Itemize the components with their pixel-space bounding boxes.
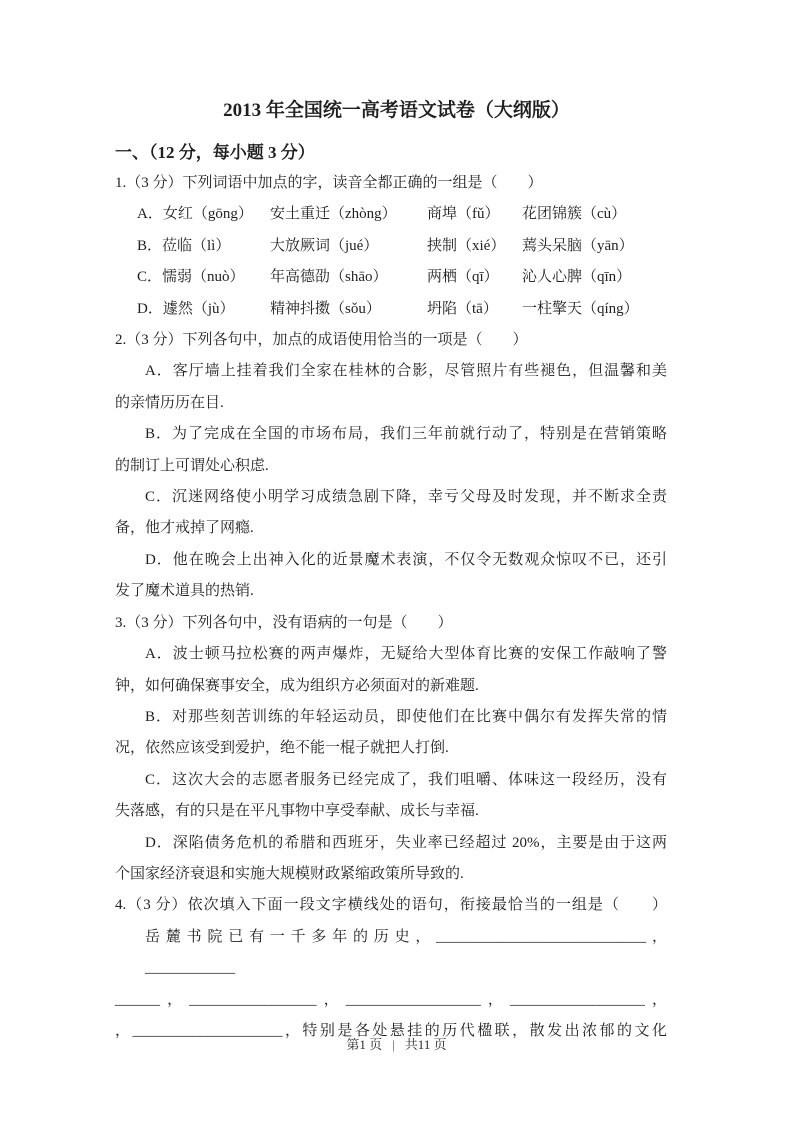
page-footer: 第1 页|共11 页 [0, 1036, 793, 1054]
question-3-stem: 3.（3 分）下列各句中，没有语病的一句是（ ） [115, 608, 667, 639]
option-cell: C．懦弱（nuò） [137, 262, 270, 293]
exam-content: 一、（12 分，每小题 3 分） 1.（3 分）下列词语中加点的字，读音全都正确… [115, 140, 667, 1047]
option-cell: B．莅临（lì） [137, 231, 270, 262]
page-number: 第1 页 [346, 1037, 382, 1052]
option-cell: 精神抖擞（sǒu） [270, 294, 427, 325]
option-cell: 商埠（fǔ） [427, 199, 522, 230]
question-3-option-c-line-1: C．这次大会的志愿者服务已经完成了，我们咀嚼、体味这一段经历，没有 [115, 765, 667, 796]
page-total: 共11 页 [405, 1037, 447, 1052]
question-2-option-a-line-1: A．客厅墙上挂着我们全家在桂林的合影，尽管照片有些褪色，但温馨和美 [115, 356, 667, 387]
question-3-option-b-line-1: B．对那些刻苦训练的年轻运动员，即使他们在比赛中偶尔有发挥失常的情 [115, 702, 667, 733]
option-cell: 两栖（qī） [427, 262, 522, 293]
question-1-stem: 1.（3 分）下列词语中加点的字，读音全都正确的一组是（ ） [115, 168, 667, 199]
question-2-option-b-line-1: B．为了完成在全国的市场布局，我们三年前就行动了，特别是在营销策略 [115, 419, 667, 450]
question-2-option-d-line-1: D．他在晚会上出神入化的近景魔术表演，不仅令无数观众惊叹不已，还引 [115, 545, 667, 576]
option-cell: D．遽然（jù） [137, 294, 270, 325]
page-title: 2013 年全国统一高考语文试卷（大纲版） [0, 98, 793, 124]
question-2-option-c-line-1: C．沉迷网络使小明学习成绩急剧下降，幸亏父母及时发现，并不断求全责 [115, 482, 667, 513]
exam-paper-page: 2013 年全国统一高考语文试卷（大纲版） 一、（12 分，每小题 3 分） 1… [0, 0, 793, 1122]
page-separator: | [392, 1037, 395, 1052]
question-2-option-d-line-2: 发了魔术道具的热销. [115, 576, 667, 607]
question-2-stem: 2.（3 分）下列各句中，加点的成语使用恰当的一项是（ ） [115, 325, 667, 356]
option-cell: 安土重迁（zhòng） [270, 199, 427, 230]
option-cell: 蔫头呆脑（yān） [522, 231, 667, 262]
question-1-option-a: A．女红（gōng） 安土重迁（zhòng） 商埠（fǔ） 花团锦簇（cù） [115, 199, 667, 230]
option-cell: 坍陷（tā） [427, 294, 522, 325]
question-1-option-b: B．莅临（lì） 大放厥词（jué） 挟制（xié） 蔫头呆脑（yān） [115, 231, 667, 262]
question-2-option-c-line-2: 备，他才戒掉了网瘾. [115, 513, 667, 544]
question-2-option-b-line-2: 的制订上可谓处心积虑. [115, 451, 667, 482]
question-4-passage-line-1: 岳麓书院已有一千多年的历史，__________________________… [115, 922, 667, 985]
question-1-option-d: D．遽然（jù） 精神抖擞（sǒu） 坍陷（tā） 一柱擎天（qíng） [115, 294, 667, 325]
question-3-option-a-line-2: 钟，如何确保赛事安全，成为组织方必须面对的新难题. [115, 671, 667, 702]
question-3-option-a-line-1: A．波士顿马拉松赛的两声爆炸，无疑给大型体育比赛的安保工作敲响了警 [115, 639, 667, 670]
question-2-option-a-line-2: 的亲情历历在目. [115, 388, 667, 419]
option-cell: A．女红（gōng） [137, 199, 270, 230]
section-heading: 一、（12 分，每小题 3 分） [115, 140, 667, 166]
option-cell: 年高德劭（shāo） [270, 262, 427, 293]
option-cell: 一柱擎天（qíng） [522, 294, 667, 325]
question-4-passage-line-2: ______，_________________，_______________… [115, 985, 667, 1016]
option-cell: 沁人心脾（qīn） [522, 262, 667, 293]
question-3-option-d-line-1: D．深陷债务危机的希腊和西班牙，失业率已经超过 20%，主要是由于这两 [115, 828, 667, 859]
question-1-option-c: C．懦弱（nuò） 年高德劭（shāo） 两栖（qī） 沁人心脾（qīn） [115, 262, 667, 293]
option-cell: 花团锦簇（cù） [522, 199, 667, 230]
question-3-option-d-line-2: 个国家经济衰退和实施大规模财政紧缩政策所导致的. [115, 859, 667, 890]
question-3-option-b-line-2: 况，依然应该受到爱护，绝不能一棍子就把人打倒. [115, 733, 667, 764]
option-cell: 挟制（xié） [427, 231, 522, 262]
option-cell: 大放厥词（jué） [270, 231, 427, 262]
question-4-stem: 4.（3 分）依次填入下面一段文字横线处的语句，衔接最恰当的一组是（ ） [115, 890, 667, 921]
question-3-option-c-line-2: 失落感，有的只是在平凡事物中享受奉献、成长与幸福. [115, 796, 667, 827]
